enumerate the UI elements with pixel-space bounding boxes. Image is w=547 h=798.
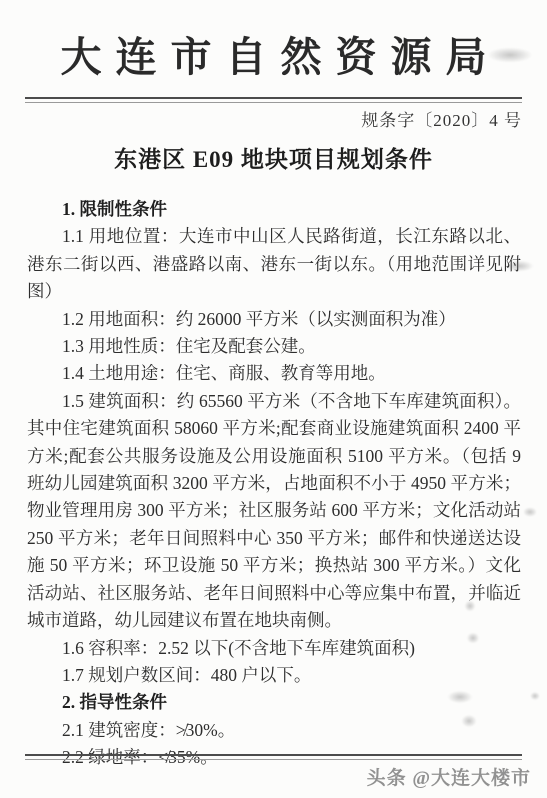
header-divider-line <box>25 97 522 103</box>
section-heading-guiding-conditions: 2. 指导性条件 <box>27 689 521 716</box>
scanned-document-page: 大连市自然资源局 规条字〔2020〕4 号 东港区 E09 地块项目规划条件 1… <box>0 0 547 798</box>
footer-divider-line <box>25 754 522 760</box>
clause-land-nature: 1.3 用地性质：住宅及配套公建。 <box>27 333 521 360</box>
scan-smudge-artifact <box>528 690 542 702</box>
clause-land-location: 1.1 用地位置：大连市中山区人民路街道，长江东路以北、港东二街以西、港盛路以南… <box>27 223 521 305</box>
document-title: 东港区 E09 地块项目规划条件 <box>0 141 547 174</box>
watermark-text: 头条 @大连大楼市 <box>367 763 531 790</box>
clause-building-area: 1.5 建筑面积：约 65560 平方米（不含地下车库建筑面积）。其中住宅建筑面… <box>27 388 521 635</box>
clause-plot-ratio: 1.6 容积率：2.52 以下(不含地下车库建筑面积) <box>27 635 521 662</box>
clause-household-count: 1.7 规划户数区间：480 户以下。 <box>27 662 521 689</box>
agency-title: 大连市自然资源局 <box>0 24 547 83</box>
clause-land-use: 1.4 土地用途：住宅、商服、教育等用地。 <box>27 360 521 387</box>
document-number: 规条字〔2020〕4 号 <box>361 106 522 131</box>
section-heading-restrictive-conditions: 1. 限制性条件 <box>27 196 521 223</box>
clause-building-density: 2.1 建筑密度：≯30%。 <box>27 717 521 744</box>
clause-land-area: 1.2 用地面积：约 26000 平方米（以实测面积为准） <box>27 306 521 333</box>
scan-smudge-artifact <box>520 505 540 519</box>
document-body: 1. 限制性条件 1.1 用地位置：大连市中山区人民路街道，长江东路以北、港东二… <box>27 196 521 772</box>
